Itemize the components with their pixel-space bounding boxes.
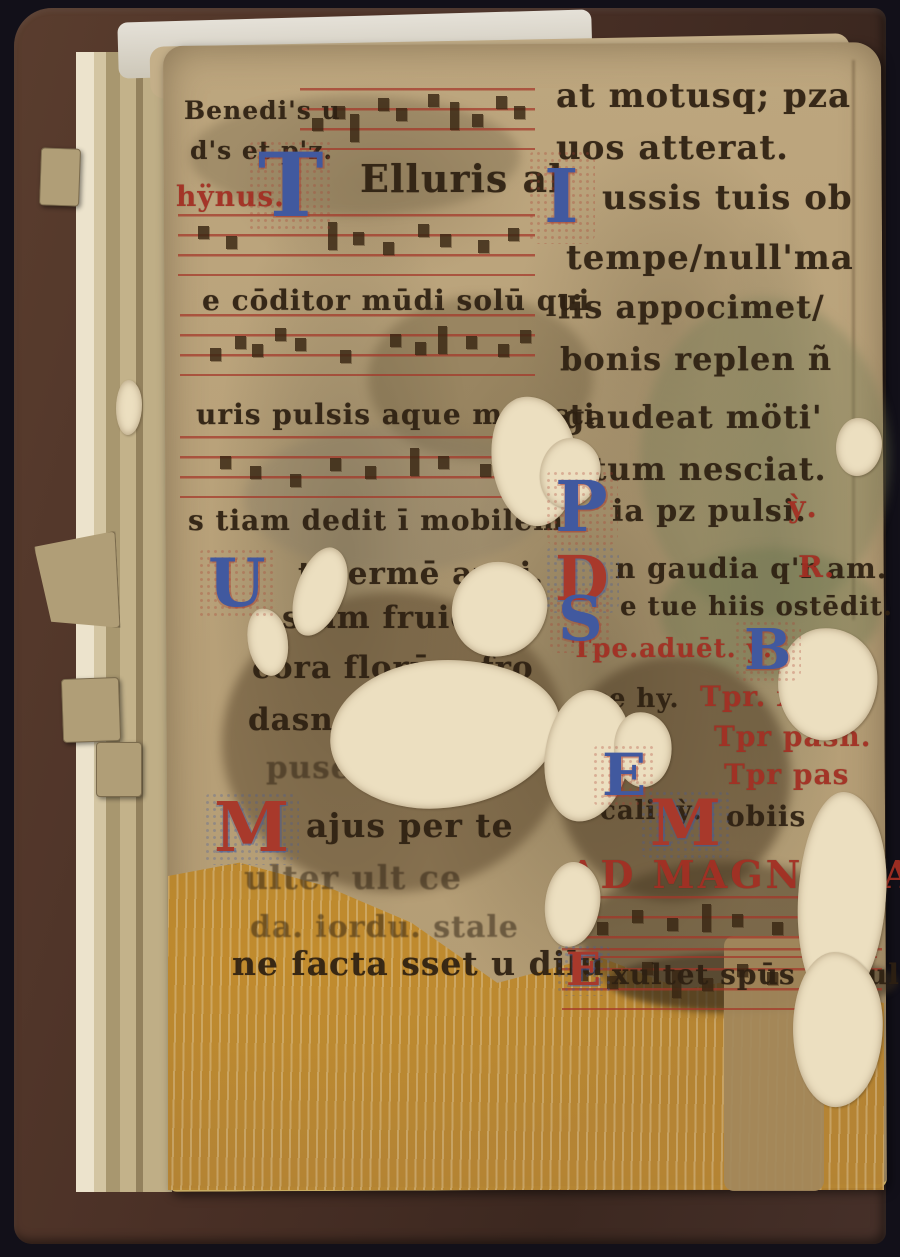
neume-square <box>340 350 351 363</box>
neume-square <box>508 228 519 241</box>
neume-square <box>396 108 407 121</box>
neume-square <box>772 922 783 935</box>
neume-square <box>418 224 429 237</box>
response-mark: R. <box>798 550 835 585</box>
text-line: ia pz pulsi. <box>612 494 807 529</box>
text-line: gaudeat möti' <box>562 398 823 436</box>
text-line: bonis replen ñ <box>560 340 832 378</box>
neume-square <box>235 336 246 349</box>
neume-square <box>438 456 449 469</box>
parchment-tab <box>39 147 81 206</box>
neume-square <box>480 464 491 477</box>
neume-square <box>520 330 531 343</box>
neume-square <box>383 242 394 255</box>
neume-square <box>390 334 401 347</box>
text-line: ussis tuis ob <box>602 178 853 218</box>
music-staff <box>180 436 535 498</box>
neume-square <box>210 348 221 361</box>
neume-square <box>290 474 301 487</box>
neume-square <box>378 98 389 111</box>
text-line: at motusq; pza <box>556 76 851 116</box>
neume-square <box>428 94 439 107</box>
parchment-tab <box>96 742 142 797</box>
neume-square <box>514 106 525 119</box>
neume-square <box>365 466 376 479</box>
neume-square <box>353 232 364 245</box>
neume-square <box>702 904 711 932</box>
illuminated-initial-U: U <box>198 548 276 619</box>
neume-square <box>632 910 643 923</box>
neume-square <box>450 102 459 130</box>
neume-square <box>496 96 507 109</box>
music-staff <box>178 214 535 276</box>
illuminated-initial-T: T <box>248 140 333 232</box>
neume-square <box>220 456 231 469</box>
music-staff <box>180 314 535 376</box>
text-line: ajus per te <box>306 806 514 845</box>
neume-square <box>415 342 426 355</box>
neume-square <box>330 458 341 471</box>
neume-square <box>275 328 286 341</box>
illuminated-initial-S: S <box>548 586 613 653</box>
illuminated-initial-E2: E <box>556 944 611 996</box>
text-line: ne facta sset u dilu <box>232 944 605 983</box>
illuminated-initial-M2: M <box>640 790 731 859</box>
neume-square <box>597 922 608 935</box>
neume-square <box>732 914 743 927</box>
neume-square <box>250 466 261 479</box>
rubric: Tpr pas <box>724 758 849 791</box>
neume-square <box>252 344 263 357</box>
text-line: tempe/null'ma <box>566 238 854 278</box>
text-line: da. iordu. stale <box>250 910 519 945</box>
illuminated-initial-M: M <box>204 792 299 865</box>
neume-square <box>410 448 419 476</box>
illuminated-initial-P: P <box>545 470 618 545</box>
neume-square <box>667 918 678 931</box>
neume-square <box>438 326 447 354</box>
manuscript-photo: { "scene": { "description": "Photograph … <box>0 0 900 1257</box>
text-line: Benedi's u <box>184 96 341 125</box>
neume-square <box>478 240 489 253</box>
text-line: e cōditor mūdi solū qui <box>202 284 590 317</box>
illuminated-initial-B: B <box>734 620 801 681</box>
neume-square <box>498 344 509 357</box>
neume-square <box>198 226 209 239</box>
neume-square <box>440 234 451 247</box>
text-line: lis appocimet/ <box>558 288 825 326</box>
neume-square <box>295 338 306 351</box>
neume-square <box>350 114 359 142</box>
parchment-tab <box>61 677 121 743</box>
illuminated-initial-I: I <box>528 150 595 244</box>
neume-square <box>472 114 483 127</box>
versicle-mark: ỳ. <box>788 490 818 525</box>
neume-square <box>226 236 237 249</box>
text-line: n gaudia q'r am. <box>615 552 887 585</box>
neume-square <box>466 336 477 349</box>
